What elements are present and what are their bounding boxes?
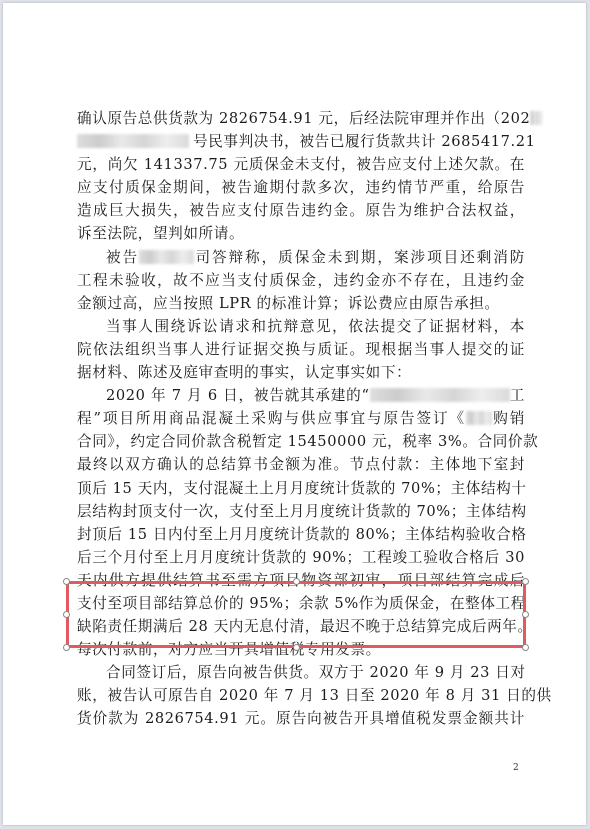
resize-handle-top-left[interactable] xyxy=(63,578,70,585)
resize-handle-top-right[interactable] xyxy=(522,578,529,585)
resize-handle-middle-left[interactable] xyxy=(63,611,70,618)
resize-handle-middle-right[interactable] xyxy=(522,611,529,618)
text-line: 最终以双方确认的总结算书金额为准。节点付款：主体地下室封 xyxy=(77,453,525,476)
text-line: 顶后 15 天内，支付混凝土上月月度统计货款的 70%；主体结构十 xyxy=(77,477,525,500)
highlighted-text-line: 缺陷责任期满后 28 天内无息付清，最迟不晚于总结算完成后两年。 xyxy=(77,615,525,638)
text-line: 货价款为 2826754.91 元。原告向被告开具增值税发票金额共计 xyxy=(77,707,525,730)
text-line: 造成巨大损失，被告应支付原告违约金。原告为维护合法权益， xyxy=(77,199,525,222)
document-page: 确认原告总供货款为 2826754.91 元，后经法院审理并作出（202 号民事… xyxy=(3,3,586,825)
text-line: 金额过高，应当按照 LPR 的标准计算；诉讼费应由原告承担。 xyxy=(77,292,525,315)
text-line: 当事人围绕诉讼请求和抗辩意见，依法提交了证据材料，本 xyxy=(77,315,525,338)
text-line: 诉至法院，望判如所请。 xyxy=(77,222,525,245)
text-line-content: 工 xyxy=(510,387,525,404)
text-line: 程”项目所用商品混凝土采购与供应事宜与原告签订《购销 xyxy=(77,407,525,430)
text-line-content: 司答辩称，质保金未到期，案涉项目还剩消防 xyxy=(194,249,525,266)
redacted-text xyxy=(370,388,510,402)
text-line: 封顶后 15 日内付至上月月度统计货款的 80%；主体结构验收合格 xyxy=(77,523,525,546)
text-line: 合同签订后，原告向被告供货。双方于 2020 年 9 月 23 日对 xyxy=(77,661,525,684)
text-line-content: 购销 xyxy=(492,410,525,427)
text-line-content: 确认原告总供货款为 2826754.91 元，后经法院审理并作出（202 xyxy=(77,110,530,127)
text-line-content: 程”项目所用商品混凝土采购与供应事宜与原告签订《 xyxy=(77,410,466,427)
text-line-content: 2020 年 7 月 6 日，被告就其承建的“ xyxy=(106,387,370,404)
text-line: 层结构封顶支付一次，支付至上月月度统计货款的 70%；主体结构 xyxy=(77,500,525,523)
redacted-text xyxy=(139,250,194,264)
text-line: 天内供方提供结算书至需方项目物资部初审，项目部结算完成后 xyxy=(77,569,525,592)
document-body: 确认原告总供货款为 2826754.91 元，后经法院审理并作出（202 号民事… xyxy=(77,107,525,731)
highlighted-text-line: 支付至项目部结算总价的 95%；余款 5%作为质保金，在整体工程 xyxy=(77,592,525,615)
text-line: 元，尚欠 141337.75 元质保金未支付，被告应支付上述欠款。在 xyxy=(77,153,525,176)
highlighted-text-line: 每次付款前，对方应当开具增值税专用发票。 xyxy=(77,638,525,661)
redacted-text xyxy=(466,411,492,425)
text-line: 2020 年 7 月 6 日，被告就其承建的“工 xyxy=(77,384,525,407)
resize-handle-top-center[interactable] xyxy=(293,578,300,585)
text-line: 据材料、陈述及庭审查明的事实，认定事实如下： xyxy=(77,361,525,384)
text-line: 应支付质保金期间，被告逾期付款多次，违约情节严重，给原告 xyxy=(77,176,525,199)
text-line: 被告司答辩称，质保金未到期，案涉项目还剩消防 xyxy=(77,246,525,269)
text-line-content: 号民事判决书，被告已履行货款共计 2685417.21 xyxy=(193,133,536,150)
resize-handle-bottom-right[interactable] xyxy=(522,644,529,651)
page-number: 2 xyxy=(513,763,519,773)
text-line: 院依法组织当事人进行证据交换与质证。现根据当事人提交的证 xyxy=(77,338,525,361)
text-line: 后三个月付至上月月度统计货款的 90%；工程竣工验收合格后 30 xyxy=(77,546,525,569)
text-line: 确认原告总供货款为 2826754.91 元，后经法院审理并作出（202 xyxy=(77,107,525,130)
text-line: 号民事判决书，被告已履行货款共计 2685417.21 xyxy=(77,130,525,153)
text-line-content: 被告 xyxy=(106,249,139,266)
text-line: 工程未验收，故不应当支付质保金，违约金亦不存在，且违约金 xyxy=(77,269,525,292)
resize-handle-bottom-center[interactable] xyxy=(293,644,300,651)
redacted-text xyxy=(530,111,542,125)
redacted-text xyxy=(77,134,189,148)
resize-handle-bottom-left[interactable] xyxy=(63,644,70,651)
text-line: 账，被告认可原告自 2020 年 7 月 13 日至 2020 年 8 月 31… xyxy=(77,684,525,707)
text-line: 合同》，约定合同价款含税暂定 15450000 元，税率 3%。合同价款 xyxy=(77,430,525,453)
